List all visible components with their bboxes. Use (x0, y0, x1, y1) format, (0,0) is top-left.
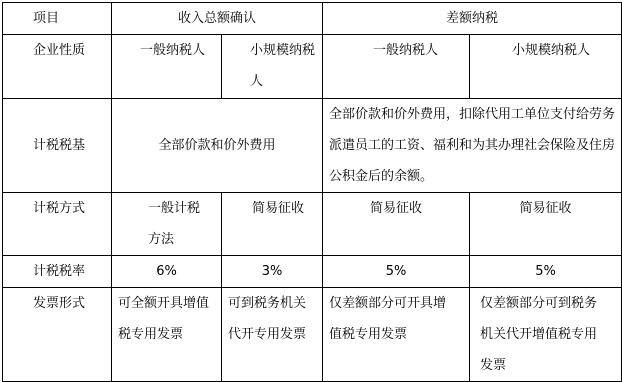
row-label-invoice-form: 发票形式 (3, 288, 112, 382)
header-row: 项目 收入总额确认 差额纳税 (3, 3, 622, 35)
cell-tax-rate-1: 6% (112, 256, 222, 288)
header-group-total-income: 收入总额确认 (112, 3, 323, 35)
cell-tax-method-4: 简易征收 (470, 193, 622, 256)
cell-tax-method-3: 简易征收 (323, 193, 470, 256)
row-label-tax-rate: 计税税率 (3, 256, 112, 288)
row-invoice-form: 发票形式 可全额开具增值税专用发票 可到税务机关代开专用发票 仅差额部分可开具增… (3, 288, 622, 382)
cell-tax-rate-3: 5% (323, 256, 470, 288)
cell-enterprise-type-3: 一般纳税人 (323, 35, 470, 99)
row-tax-method: 计税方式 一般计税方法 简易征收 简易征收 简易征收 (3, 193, 622, 256)
cell-tax-base-group1: 全部价款和价外费用 (112, 99, 323, 193)
cell-invoice-form-1: 可全额开具增值税专用发票 (112, 288, 222, 382)
cell-enterprise-type-2: 小规模纳税人 (222, 35, 323, 99)
row-label-enterprise-type: 企业性质 (3, 35, 112, 99)
row-enterprise-type: 企业性质 一般纳税人 小规模纳税人 一般纳税人 小规模纳税人 (3, 35, 622, 99)
cell-invoice-form-4: 仅差额部分可到税务机关代开增值税专用发票 (470, 288, 622, 382)
cell-invoice-form-3: 仅差额部分可开具增值税专用发票 (323, 288, 470, 382)
row-tax-rate: 计税税率 6% 3% 5% 5% (3, 256, 622, 288)
row-label-tax-method: 计税方式 (3, 193, 112, 256)
row-tax-base: 计税税基 全部价款和价外费用 全部价款和价外费用，扣除代用工单位支付给劳务派遣员… (3, 99, 622, 193)
header-item-label: 项目 (3, 3, 112, 35)
cell-tax-rate-2: 3% (222, 256, 323, 288)
tax-comparison-table: 项目 收入总额确认 差额纳税 企业性质 一般纳税人 小规模纳税人 一般纳税人 小… (2, 2, 622, 382)
cell-tax-method-1: 一般计税方法 (112, 193, 222, 256)
cell-enterprise-type-4: 小规模纳税人 (470, 35, 622, 99)
cell-enterprise-type-1: 一般纳税人 (112, 35, 222, 99)
row-label-tax-base: 计税税基 (3, 99, 112, 193)
cell-tax-base-group2: 全部价款和价外费用，扣除代用工单位支付给劳务派遣员工的工资、福利和为其办理社会保… (323, 99, 622, 193)
cell-tax-rate-4: 5% (470, 256, 622, 288)
cell-invoice-form-2: 可到税务机关代开专用发票 (222, 288, 323, 382)
header-group-differential-tax: 差额纳税 (323, 3, 622, 35)
cell-tax-method-2: 简易征收 (222, 193, 323, 256)
